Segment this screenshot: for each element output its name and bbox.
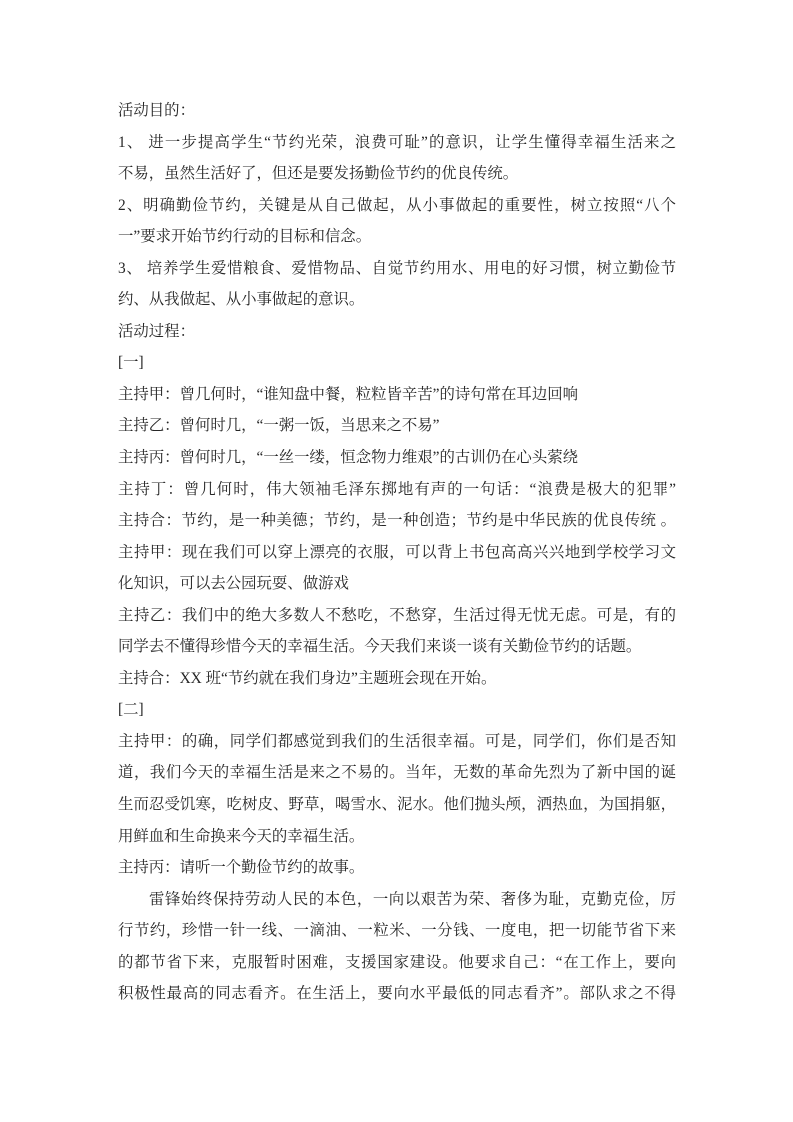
text-line: 约、从我做起、从小事做起的意识。: [118, 284, 676, 316]
section-marker-one: [一]: [118, 347, 676, 379]
text-line: 行节约，珍惜一针一线、一滴油、一粒米、一分钱、一度电，把一切能节省下来: [118, 915, 676, 947]
text-line: 用鲜血和生命换来今天的幸福生活。: [118, 821, 676, 853]
text-line: 主持乙：曾何时几，“一粥一饭，当思来之不易”: [118, 410, 676, 442]
document-page: 活动目的： 1、 进一步提高学生“节约光荣，浪费可耻”的意识，让学生懂得幸福生活…: [0, 0, 793, 1122]
text-line: 主持甲：的确，同学们都感觉到我们的生活很幸福。可是，同学们，你们是否知: [118, 726, 676, 758]
text-line: 2、明确勤俭节约，关键是从自己做起，从小事做起的重要性，树立按照“八个: [118, 190, 676, 222]
text-line: 主持甲：现在我们可以穿上漂亮的衣服，可以背上书包高高兴兴地到学校学习文: [118, 537, 676, 569]
heading-activity-process: 活动过程：: [118, 316, 676, 348]
text-line: 化知识，可以去公园玩耍、做游戏: [118, 568, 676, 600]
text-line: 3、 培养学生爱惜粮食、爱惜物品、自觉节约用水、用电的好习惯，树立勤俭节: [118, 253, 676, 285]
text-line: 主持丙：曾何时几，“一丝一缕，恒念物力维艰”的古训仍在心头萦绕: [118, 442, 676, 474]
text-line: 1、 进一步提高学生“节约光荣，浪费可耻”的意识，让学生懂得幸福生活来之: [118, 127, 676, 159]
text-line: 生而忍受饥寒，吃树皮、野草，喝雪水、泥水。他们抛头颅，洒热血，为国捐躯，: [118, 789, 676, 821]
text-line: 主持合：节约，是一种美德；节约，是一种创造；节约是中华民族的优良传统 。: [118, 505, 676, 537]
document-content: 活动目的： 1、 进一步提高学生“节约光荣，浪费可耻”的意识，让学生懂得幸福生活…: [118, 95, 676, 1010]
text-line: 主持甲：曾几何时，“谁知盘中餐，粒粒皆辛苦”的诗句常在耳边回响: [118, 379, 676, 411]
text-line: 主持丁：曾几何时，伟大领袖毛泽东掷地有声的一句话：“浪费是极大的犯罪”: [118, 474, 676, 506]
text-line: 一”要求开始节约行动的目标和信念。: [118, 221, 676, 253]
text-line: 的都节省下来，克服暂时困难，支援国家建设。他要求自己：“在工作上，要向: [118, 947, 676, 979]
text-line: 同学去不懂得珍惜今天的幸福生活。今天我们来谈一谈有关勤俭节约的话题。: [118, 631, 676, 663]
text-line: 积极性最高的同志看齐。在生活上，要向水平最低的同志看齐”。部队求之不得: [118, 978, 676, 1010]
text-line: 主持乙：我们中的绝大多数人不愁吃，不愁穿，生活过得无忧无虑。可是，有的: [118, 600, 676, 632]
text-line: 雷锋始终保持劳动人民的本色，一向以艰苦为荣、奢侈为耻，克勤克俭，厉: [118, 884, 676, 916]
heading-activity-purpose: 活动目的：: [118, 95, 676, 127]
text-line: 道，我们今天的幸福生活是来之不易的。当年，无数的革命先烈为了新中国的诞: [118, 757, 676, 789]
text-line: 主持丙：请听一个勤俭节约的故事。: [118, 852, 676, 884]
text-line: 主持合：XX 班“节约就在我们身边”主题班会现在开始。: [118, 663, 676, 695]
section-marker-two: [二]: [118, 694, 676, 726]
text-line: 不易，虽然生活好了，但还是要发扬勤俭节约的优良传统。: [118, 158, 676, 190]
